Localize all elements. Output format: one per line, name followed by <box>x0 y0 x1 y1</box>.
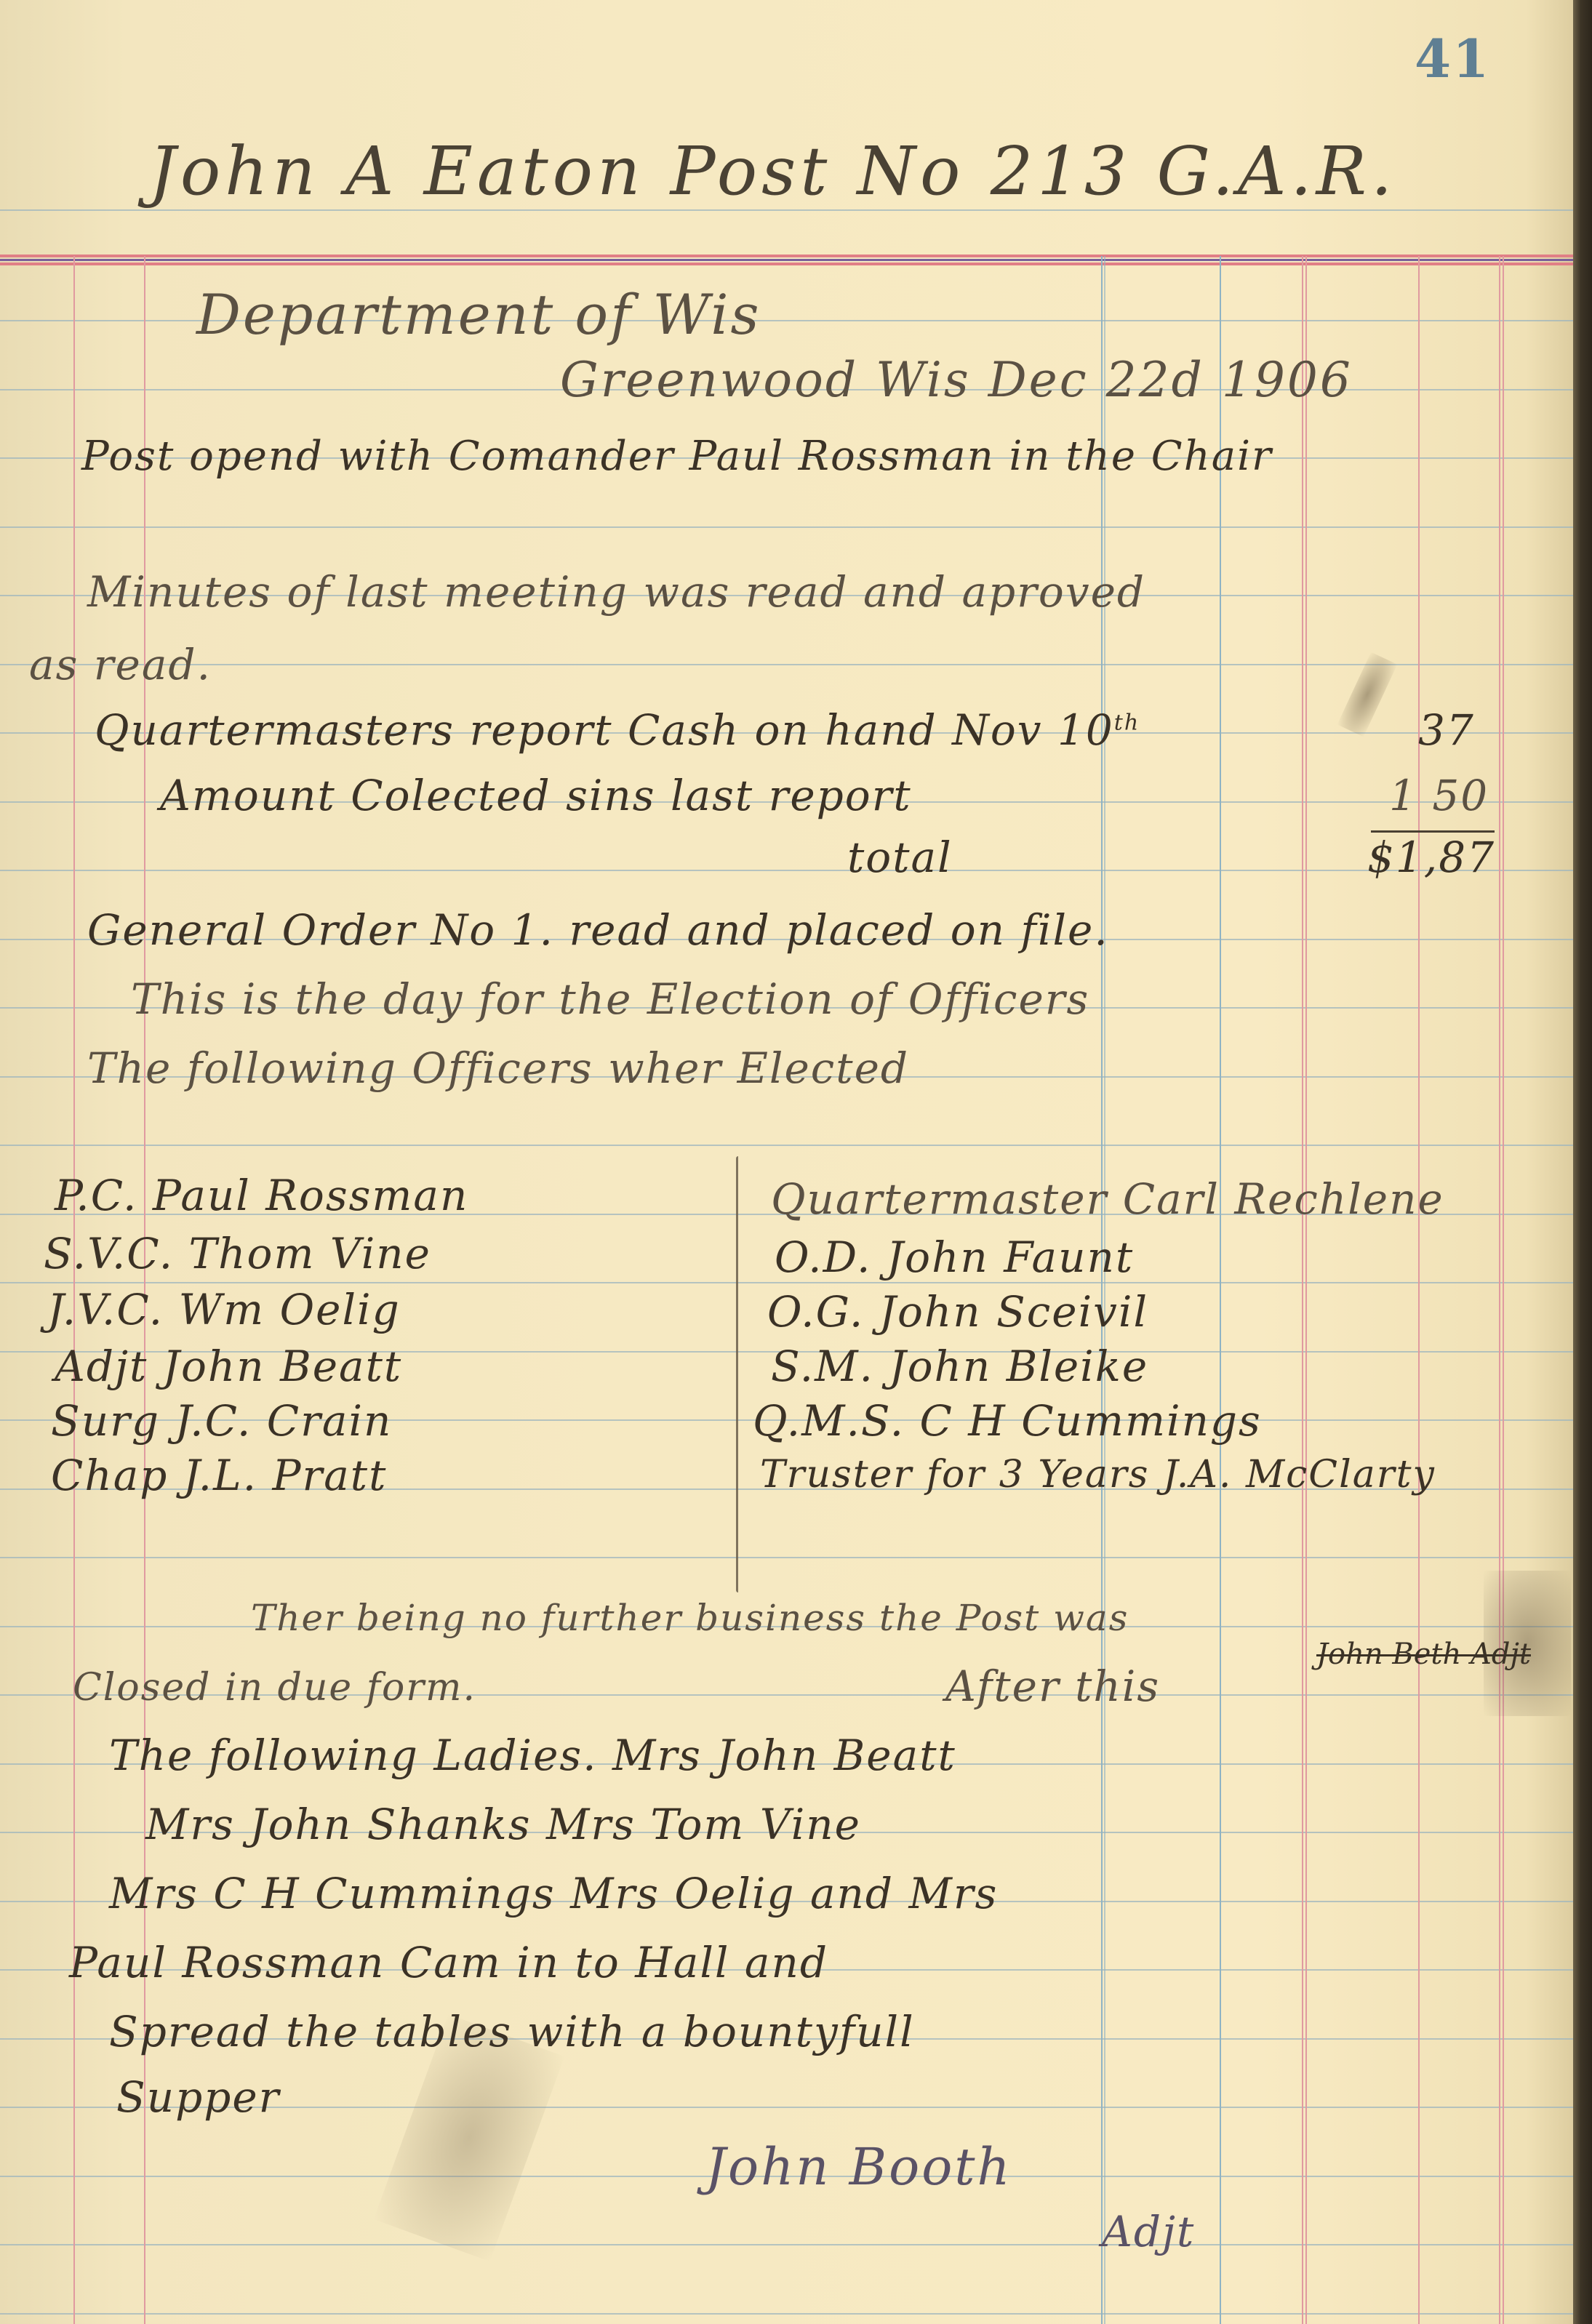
officer-name: Paul Rossman <box>153 1171 468 1220</box>
closing-line-2: Closed in due form. <box>73 1669 476 1707</box>
general-order-line: General Order No 1. read and placed on f… <box>87 909 1109 951</box>
officer-title: J.V.C. <box>47 1285 164 1334</box>
officer-name: 3 Years J.A. McClarty <box>999 1453 1436 1496</box>
officer-name: John Sceivil <box>879 1287 1148 1337</box>
report-line-1: Quartermasters report Cash on hand Nov 1… <box>95 709 1140 751</box>
officer-title: P.C. <box>55 1171 137 1220</box>
officer-name: Thom Vine <box>188 1229 431 1278</box>
officer-name: Wm Oelig <box>179 1285 401 1334</box>
header-band <box>0 255 1573 257</box>
column-divider-line <box>736 1156 743 1592</box>
officer-row: S.M. John Bleike <box>771 1345 1148 1387</box>
column-rule-blue-2 <box>1220 256 1221 2324</box>
minutes-line-1: Minutes of last meeting was read and apr… <box>87 571 1145 613</box>
closing-line-7: Spread the tables with a bountyfull <box>109 2011 915 2053</box>
column-rule-red-2 <box>1418 256 1420 2324</box>
officer-title: Surg <box>51 1396 160 1446</box>
report-line-2: Amount Colected sins last report <box>160 774 912 817</box>
officer-row: O.D. John Faunt <box>775 1236 1134 1278</box>
ruled-line <box>0 526 1573 528</box>
officer-title: Chap <box>51 1451 168 1500</box>
election-day-line: This is the day for the Election of Offi… <box>131 978 1089 1020</box>
officer-row: Surg J.C. Crain <box>51 1400 392 1442</box>
officer-title: Q.M.S. <box>753 1396 905 1446</box>
officer-title: O.G. <box>767 1287 864 1337</box>
page-number: 41 <box>1415 28 1490 89</box>
officer-row: S.V.C. Thom Vine <box>44 1233 431 1275</box>
officer-title: O.D. <box>775 1233 871 1282</box>
officer-row: Truster for 3 Years J.A. McClarty <box>760 1456 1436 1494</box>
column-rule-red-3 <box>1499 256 1500 2324</box>
ruled-line <box>0 664 1573 665</box>
opening-line: Post opend with Comander Paul Rossman in… <box>81 436 1273 477</box>
officer-title: Adjt <box>55 1342 148 1391</box>
ruled-line <box>0 2244 1573 2245</box>
ledger-page: 41 John A Eaton Post No 213 G.A.R. Depar… <box>0 0 1573 2324</box>
officer-row: Adjt John Beatt <box>55 1345 402 1387</box>
officer-title: Quartermaster <box>771 1174 1108 1224</box>
officer-title: Truster for <box>760 1453 985 1496</box>
margin-note: John Beth Adjt <box>1316 1640 1531 1669</box>
officer-row: Q.M.S. C H Cummings <box>753 1400 1262 1442</box>
report-total-amount: $1,87 <box>1367 836 1495 878</box>
officer-title: S.V.C. <box>44 1229 174 1278</box>
column-rule-red-3b <box>1503 256 1504 2324</box>
elected-intro-line: The following Officers wher Elected <box>87 1047 909 1089</box>
report-line-2-amount: 1 50 <box>1389 774 1489 817</box>
signature-name: John Booth <box>705 2141 1012 2192</box>
page-title: John A Eaton Post No 213 G.A.R. <box>149 138 1396 205</box>
closing-line-4: Mrs John Shanks Mrs Tom Vine <box>145 1803 861 1846</box>
ruled-line <box>0 870 1573 871</box>
officer-title: S.M. <box>771 1342 874 1391</box>
minutes-line-2: as read. <box>29 644 212 686</box>
closing-line-3: The following Ladies. Mrs John Beatt <box>109 1734 956 1776</box>
report-line-1-amount: 37 <box>1418 709 1475 751</box>
officer-name: John Faunt <box>887 1233 1134 1282</box>
closing-line-6: Paul Rossman Cam in to Hall and <box>69 1942 828 1984</box>
officer-row: J.V.C. Wm Oelig <box>47 1289 401 1331</box>
book-binding <box>1573 0 1592 2324</box>
closing-line-5: Mrs C H Cummings Mrs Oelig and Mrs <box>109 1872 998 1915</box>
officer-row: Quartermaster Carl Rechlene <box>771 1178 1444 1220</box>
closing-line-8: Supper <box>116 2076 280 2118</box>
ruled-line <box>0 1145 1573 1146</box>
ruled-line <box>0 1557 1573 1558</box>
ruled-line <box>0 1282 1573 1283</box>
signature-title: Adjt <box>1102 2211 1195 2253</box>
officer-row: P.C. Paul Rossman <box>55 1174 468 1217</box>
header-band-purple <box>0 259 1573 261</box>
officer-name: John Beatt <box>163 1342 402 1391</box>
officer-row: Chap J.L. Pratt <box>51 1454 387 1496</box>
officer-name: John Bleike <box>889 1342 1148 1391</box>
officer-row: O.G. John Sceivil <box>767 1291 1148 1333</box>
department-heading: Department of Wis <box>196 287 761 342</box>
officer-name: Carl Rechlene <box>1123 1174 1444 1224</box>
closing-line-2-after: After this <box>945 1665 1160 1707</box>
column-rule-red-1b <box>1305 256 1307 2324</box>
report-line-1-sup: th <box>1114 710 1140 736</box>
officer-name: J.L. Pratt <box>183 1451 388 1500</box>
dateline: Greenwood Wis Dec 22d 1906 <box>560 356 1353 404</box>
report-line-1-label: Quartermasters report Cash on hand Nov 1… <box>95 705 1114 755</box>
ruled-line <box>0 2313 1573 2315</box>
header-band-lower <box>0 263 1573 265</box>
report-total-label: total <box>847 836 953 878</box>
closing-line-1: Ther being no further business the Post … <box>251 1600 1129 1636</box>
column-rule-red-1 <box>1302 256 1303 2324</box>
officer-name: J.C. Crain <box>175 1396 392 1446</box>
officer-name: C H Cummings <box>919 1396 1261 1446</box>
